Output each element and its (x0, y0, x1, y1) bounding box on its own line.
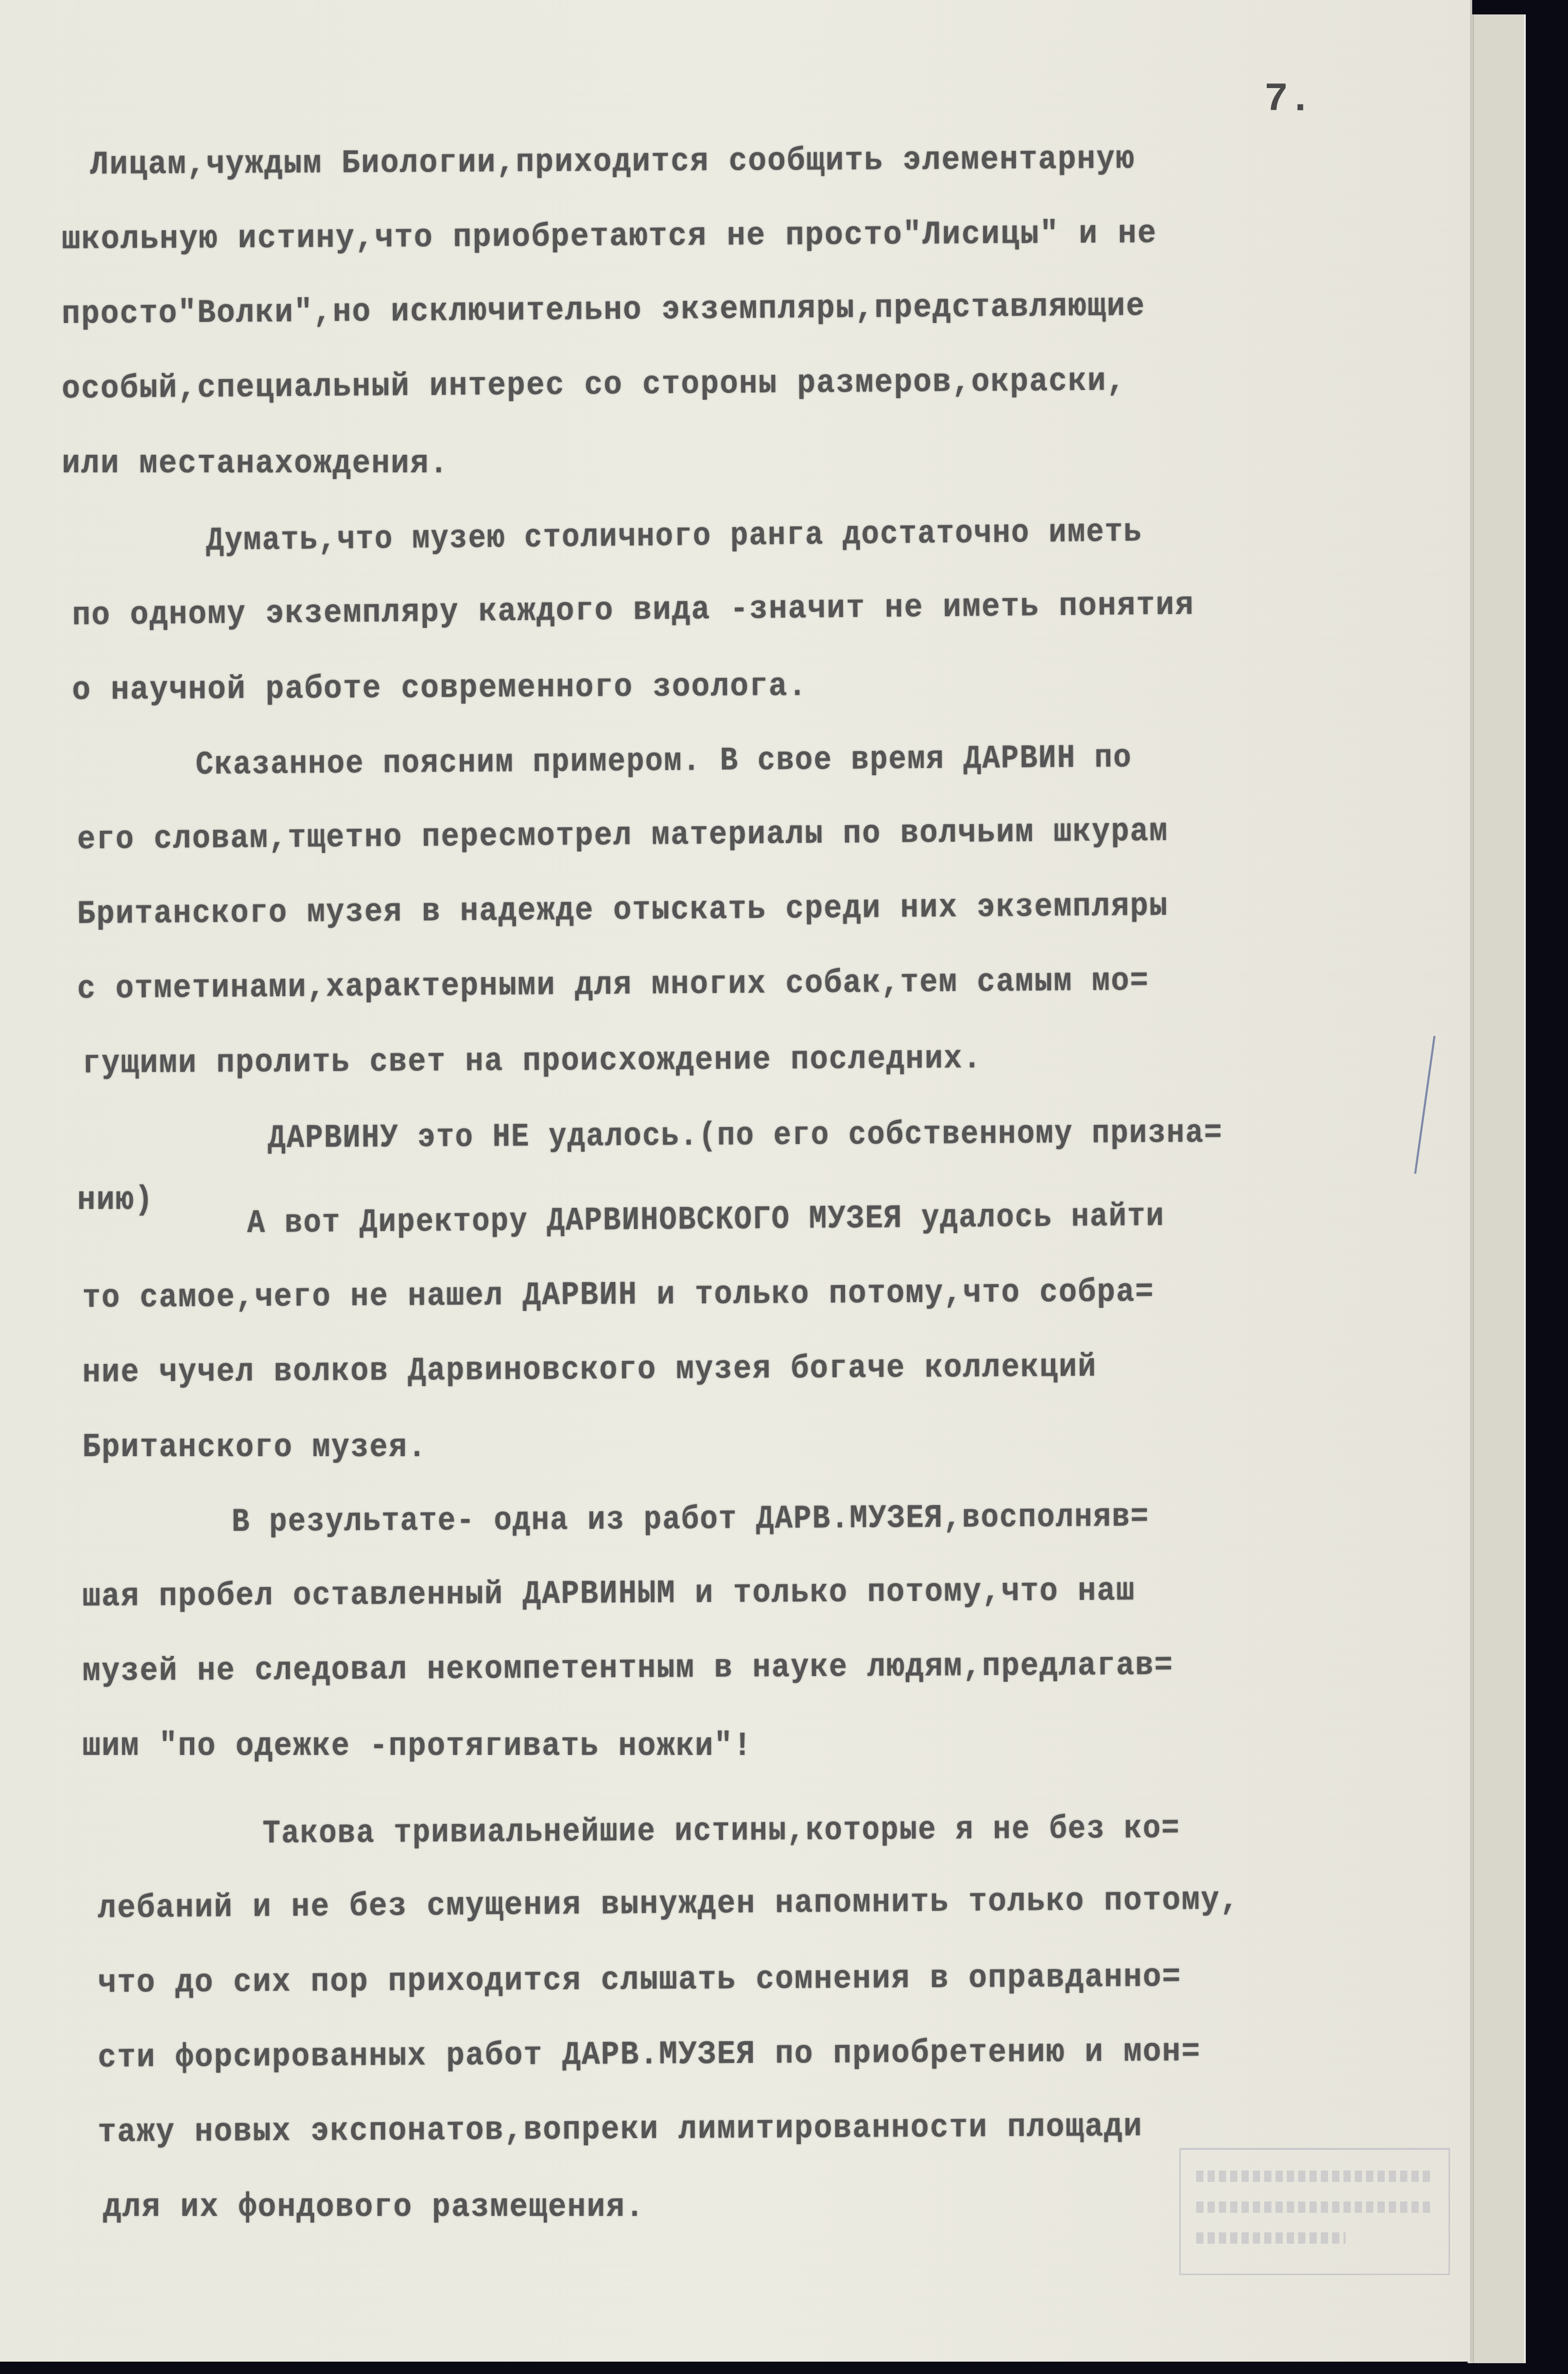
text-line: Такова тривиальнейшие истины,которые я н… (263, 1811, 1180, 1853)
text-line: по одному экземпляру каждого вида -значи… (72, 587, 1195, 635)
text-line: школьную истину,что приобретаются не про… (62, 215, 1157, 259)
text-line: музей не следовал некомпетентным в науке… (82, 1647, 1174, 1690)
text-line: В результате- одна из работ ДАРВ.МУЗЕЯ,в… (232, 1499, 1149, 1541)
text-line: Британского музея в надежде отыскать сре… (77, 888, 1168, 933)
text-line: шая пробел оставленный ДАРВИНЫМ и только… (82, 1573, 1135, 1616)
document-page: 7. Лицам,чуждым Биологии,приходится сооб… (0, 0, 1470, 2362)
page-number: 7. (1264, 77, 1313, 123)
stamp-text-line (1196, 2171, 1433, 2182)
text-line: Лицам,чуждым Биологии,приходится сообщит… (90, 141, 1135, 184)
text-line: Сказанное поясним примером. В свое время… (196, 740, 1132, 784)
text-line: просто"Волки",но исключительно экземпляр… (62, 288, 1146, 333)
text-line: то самое,чего не нашел ДАРВИН и только п… (82, 1274, 1155, 1317)
archive-stamp (1179, 2148, 1450, 2275)
text-line: нию) (77, 1182, 154, 1219)
stamp-text-line (1196, 2232, 1346, 2244)
text-line: о научной работе современного зоолога. (72, 668, 807, 709)
text-line: его словам,тщетно пересмотрел материалы … (77, 813, 1168, 859)
stamp-text-line (1196, 2201, 1433, 2213)
text-line: тажу новых экспонатов,вопреки лимитирова… (98, 2109, 1143, 2151)
text-line: что до сих пор приходится слышать сомнен… (98, 1959, 1182, 2002)
text-line: А вот Директору ДАРВИНОВСКОГО МУЗЕЯ удал… (247, 1198, 1165, 1242)
text-line: Британского музея. (82, 1429, 427, 1466)
text-line: для их фондового размещения. (103, 2189, 645, 2226)
text-line: ние чучел волков Дарвиновского музея бог… (82, 1349, 1097, 1392)
pencil-margin-mark (1414, 1036, 1436, 1174)
text-line: шим "по одежке -протягивать ножки"! (82, 1728, 752, 1765)
text-line: гущими пролить свет на происхождение пос… (82, 1040, 982, 1083)
text-line: Думать,что музею столичного ранга достат… (206, 514, 1143, 560)
text-line: или местанахождения. (62, 446, 449, 483)
text-line: сти форсированных работ ДАРВ.МУЗЕЯ по пр… (98, 2034, 1201, 2077)
text-line: особый,специальный интерес со стороны ра… (62, 363, 1126, 408)
underlying-sheet (1468, 14, 1526, 2363)
text-line: с отметинами,характерными для многих соб… (77, 963, 1149, 1008)
sheet-edge (1473, 14, 1474, 2363)
text-line: лебаний и не без смущения вынужден напом… (98, 1882, 1240, 1927)
text-line: ДАРВИНУ это НЕ удалось.(по его собственн… (268, 1115, 1223, 1157)
